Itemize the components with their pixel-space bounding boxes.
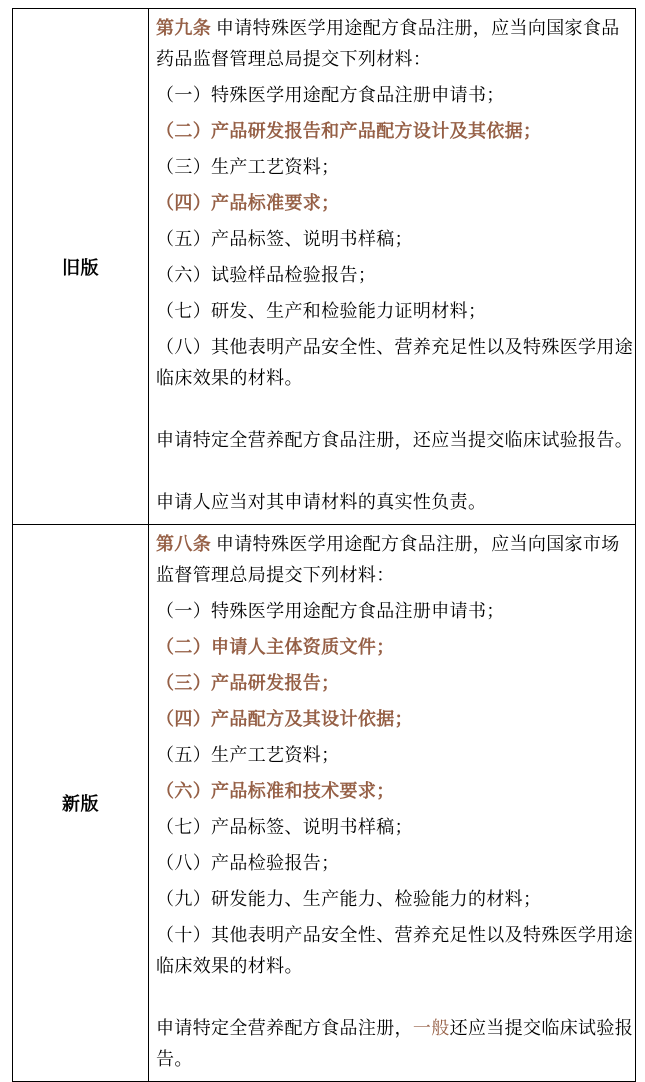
paragraph: （六）试验样品检验报告； bbox=[156, 260, 633, 291]
text-segment: （六）试验样品检验报告； bbox=[156, 265, 376, 285]
text-line: （六）试验样品检验报告； bbox=[156, 260, 633, 291]
text-line: （二）产品研发报告和产品配方设计及其依据； bbox=[156, 116, 633, 147]
text-line: （七）研发、生产和检验能力证明材料； bbox=[156, 296, 633, 327]
text-segment: 申请人应当对其申请材料的真实性负责。 bbox=[156, 492, 486, 512]
text-segment: （八）产品检验报告； bbox=[156, 853, 340, 873]
paragraph: （七）产品标签、说明书样稿； bbox=[156, 812, 633, 843]
text-line: 申请人应当对其申请材料的真实性负责。 bbox=[156, 487, 633, 518]
text-segment: 申请特殊医学用途配方食品注册，应当向国家市场 bbox=[211, 534, 620, 554]
paragraph: （五）产品标签、说明书样稿； bbox=[156, 224, 633, 255]
text-line: （一）特殊医学用途配方食品注册申请书； bbox=[156, 80, 633, 111]
paragraph: （四）产品标准要求； bbox=[156, 188, 633, 219]
paragraph: （五）生产工艺资料； bbox=[156, 740, 633, 771]
article-content-cell: 第九条 申请特殊医学用途配方食品注册，应当向国家食品药品监督管理总局提交下列材料… bbox=[149, 9, 636, 525]
text-segment: （五）产品标签、说明书样稿； bbox=[156, 229, 413, 249]
highlighted-text: （四）产品标准要求； bbox=[156, 193, 340, 213]
text-segment: 申请特定全营养配方食品注册， bbox=[156, 1018, 413, 1038]
text-line: 临床效果的材料。 bbox=[156, 951, 633, 982]
highlighted-text: （六）产品标准和技术要求； bbox=[156, 781, 395, 801]
text-segment: （七）产品标签、说明书样稿； bbox=[156, 817, 413, 837]
highlighted-text: 第九条 bbox=[156, 18, 211, 38]
paragraph: （一）特殊医学用途配方食品注册申请书； bbox=[156, 80, 633, 111]
highlighted-text: （三）产品研发报告； bbox=[156, 673, 340, 693]
blank-line bbox=[156, 461, 633, 482]
highlighted-text: （二）申请人主体资质文件； bbox=[156, 637, 395, 657]
highlighted-text: 一般 bbox=[413, 1018, 450, 1038]
highlighted-text: （二）产品研发报告和产品配方设计及其依据； bbox=[156, 121, 541, 141]
text-line: （十）其他表明产品安全性、营养充足性以及特殊医学用途 bbox=[156, 920, 633, 951]
text-line: 临床效果的材料。 bbox=[156, 363, 633, 394]
blank-line bbox=[156, 987, 633, 1008]
text-line: 药品监督管理总局提交下列材料： bbox=[156, 44, 633, 75]
paragraph: （三）产品研发报告； bbox=[156, 668, 633, 699]
text-line: （四）产品标准要求； bbox=[156, 188, 633, 219]
text-line: 申请特定全营养配方食品注册，还应当提交临床试验报告。 bbox=[156, 425, 633, 456]
version-comparison-table: 旧版第九条 申请特殊医学用途配方食品注册，应当向国家食品药品监督管理总局提交下列… bbox=[12, 8, 636, 1082]
paragraph: （十）其他表明产品安全性、营养充足性以及特殊医学用途临床效果的材料。 bbox=[156, 920, 633, 982]
paragraph: （九）研发能力、生产能力、检验能力的材料； bbox=[156, 884, 633, 915]
highlighted-text: （四）产品配方及其设计依据； bbox=[156, 709, 413, 729]
paragraph: （六）产品标准和技术要求； bbox=[156, 776, 633, 807]
table-row-old: 旧版第九条 申请特殊医学用途配方食品注册，应当向国家食品药品监督管理总局提交下列… bbox=[13, 9, 636, 525]
text-line: （六）产品标准和技术要求； bbox=[156, 776, 633, 807]
blank-line bbox=[156, 399, 633, 420]
text-segment: 告。 bbox=[156, 1049, 193, 1069]
text-segment: 临床效果的材料。 bbox=[156, 956, 303, 976]
version-label: 旧版 bbox=[62, 258, 99, 278]
version-label: 新版 bbox=[62, 794, 99, 814]
text-segment: （一）特殊医学用途配方食品注册申请书； bbox=[156, 85, 505, 105]
paragraph: 申请特定全营养配方食品注册，还应当提交临床试验报告。 bbox=[156, 425, 633, 456]
paragraph: 第八条 申请特殊医学用途配方食品注册，应当向国家市场监督管理总局提交下列材料： bbox=[156, 529, 633, 591]
text-line: （九）研发能力、生产能力、检验能力的材料； bbox=[156, 884, 633, 915]
text-segment: 监督管理总局提交下列材料： bbox=[156, 565, 395, 585]
text-segment: （十）其他表明产品安全性、营养充足性以及特殊医学用途 bbox=[156, 925, 633, 945]
paragraph: （三）生产工艺资料； bbox=[156, 152, 633, 183]
text-segment: 临床效果的材料。 bbox=[156, 368, 303, 388]
version-label-cell: 新版 bbox=[13, 525, 149, 1082]
document-page: 旧版第九条 申请特殊医学用途配方食品注册，应当向国家食品药品监督管理总局提交下列… bbox=[0, 0, 645, 1073]
text-line: 第八条 申请特殊医学用途配方食品注册，应当向国家市场 bbox=[156, 529, 633, 560]
text-segment: （五）生产工艺资料； bbox=[156, 745, 340, 765]
paragraph: （四）产品配方及其设计依据； bbox=[156, 704, 633, 735]
article-content-cell: 第八条 申请特殊医学用途配方食品注册，应当向国家市场监督管理总局提交下列材料：（… bbox=[149, 525, 636, 1082]
text-line: （二）申请人主体资质文件； bbox=[156, 632, 633, 663]
text-line: （一）特殊医学用途配方食品注册申请书； bbox=[156, 596, 633, 627]
text-line: 告。 bbox=[156, 1044, 633, 1075]
text-line: （四）产品配方及其设计依据； bbox=[156, 704, 633, 735]
paragraph: （八）其他表明产品安全性、营养充足性以及特殊医学用途临床效果的材料。 bbox=[156, 332, 633, 394]
text-line: （三）产品研发报告； bbox=[156, 668, 633, 699]
text-segment: （三）生产工艺资料； bbox=[156, 157, 340, 177]
text-line: （七）产品标签、说明书样稿； bbox=[156, 812, 633, 843]
paragraph: 第九条 申请特殊医学用途配方食品注册，应当向国家食品药品监督管理总局提交下列材料… bbox=[156, 13, 633, 75]
text-segment: （一）特殊医学用途配方食品注册申请书； bbox=[156, 601, 505, 621]
text-line: （五）生产工艺资料； bbox=[156, 740, 633, 771]
paragraph: （二）产品研发报告和产品配方设计及其依据； bbox=[156, 116, 633, 147]
table-row-new: 新版第八条 申请特殊医学用途配方食品注册，应当向国家市场监督管理总局提交下列材料… bbox=[13, 525, 636, 1082]
text-segment: 还应当提交临床试验报 bbox=[450, 1018, 633, 1038]
paragraph: （二）申请人主体资质文件； bbox=[156, 632, 633, 663]
paragraph: 申请特定全营养配方食品注册，一般还应当提交临床试验报告。 bbox=[156, 1013, 633, 1075]
highlighted-text: 第八条 bbox=[156, 534, 211, 554]
text-segment: 申请特定全营养配方食品注册，还应当提交临床试验报告。 bbox=[156, 430, 633, 450]
text-line: 监督管理总局提交下列材料： bbox=[156, 560, 633, 591]
paragraph: （七）研发、生产和检验能力证明材料； bbox=[156, 296, 633, 327]
text-line: （八）其他表明产品安全性、营养充足性以及特殊医学用途 bbox=[156, 332, 633, 363]
text-line: 申请特定全营养配方食品注册，一般还应当提交临床试验报 bbox=[156, 1013, 633, 1044]
text-segment: （七）研发、生产和检验能力证明材料； bbox=[156, 301, 486, 321]
paragraph: 申请人应当对其申请材料的真实性负责。 bbox=[156, 487, 633, 518]
text-line: 第九条 申请特殊医学用途配方食品注册，应当向国家食品 bbox=[156, 13, 633, 44]
text-line: （八）产品检验报告； bbox=[156, 848, 633, 879]
paragraph: （八）产品检验报告； bbox=[156, 848, 633, 879]
paragraph: （一）特殊医学用途配方食品注册申请书； bbox=[156, 596, 633, 627]
text-segment: 申请特殊医学用途配方食品注册，应当向国家食品 bbox=[211, 18, 620, 38]
text-line: （五）产品标签、说明书样稿； bbox=[156, 224, 633, 255]
text-segment: 药品监督管理总局提交下列材料： bbox=[156, 49, 431, 69]
text-line: （三）生产工艺资料； bbox=[156, 152, 633, 183]
version-label-cell: 旧版 bbox=[13, 9, 149, 525]
text-segment: （九）研发能力、生产能力、检验能力的材料； bbox=[156, 889, 541, 909]
text-segment: （八）其他表明产品安全性、营养充足性以及特殊医学用途 bbox=[156, 337, 633, 357]
